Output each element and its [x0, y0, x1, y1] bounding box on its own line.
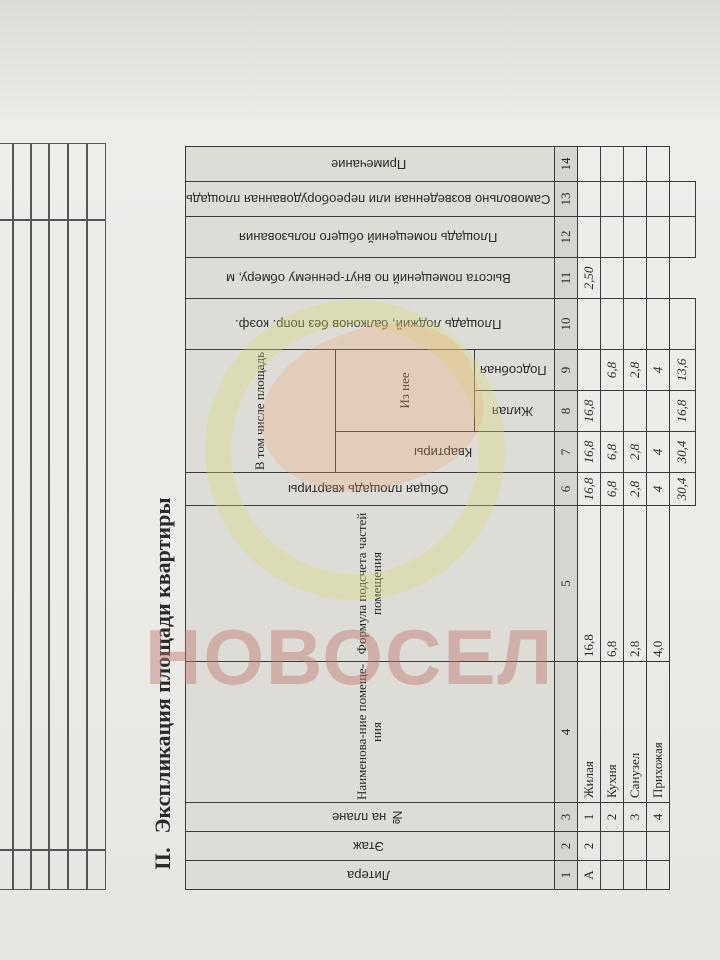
cell-apartment: 16,8 — [578, 432, 601, 473]
explication-document: Литера Этаж № на плане Наименова-ние пом… — [145, 110, 515, 890]
col-floor-header: Этаж — [186, 832, 555, 861]
cell-unauthorized — [624, 182, 647, 217]
col-auxiliary-header: Подсобная — [475, 350, 555, 391]
cell-plan-no: 2 — [601, 803, 624, 832]
document-title: II. Экспликация площади квартиры — [145, 310, 181, 870]
cell-living — [624, 391, 647, 432]
living-area-sum: 16,8 — [670, 391, 696, 432]
col-total-area-header: Общая площадь квартиры — [186, 473, 555, 506]
cell-total: 4 — [647, 473, 670, 506]
col-num: 1 — [555, 861, 578, 890]
col-note-header: Примечание — [186, 147, 555, 182]
cell-litera: А — [578, 861, 601, 890]
col-including-header: В том числе площадь — [186, 350, 336, 473]
cell-floor — [601, 832, 624, 861]
cell-floor: 2 — [578, 832, 601, 861]
cell-plan-no: 4 — [647, 803, 670, 832]
cell-loggia — [578, 299, 601, 350]
title-text: Экспликация площади квартиры — [150, 497, 176, 833]
cell-note — [624, 147, 647, 182]
cell-unauthorized — [647, 182, 670, 217]
col-formula-header: Формула подсчета частей помещения — [186, 506, 555, 662]
cell-formula: 4,0 — [647, 506, 670, 662]
cell-loggia — [601, 299, 624, 350]
cell-floor — [647, 832, 670, 861]
cell-height — [647, 258, 670, 299]
col-num: 14 — [555, 147, 578, 182]
col-num: 13 — [555, 182, 578, 217]
col-apartment-header: Квартиры — [336, 432, 555, 473]
col-loggia-header: Площадь лоджий, балконов без попр. коэф. — [186, 299, 555, 350]
auxiliary-area-sum: 13,6 — [670, 350, 696, 391]
loggia-area-sum — [670, 299, 696, 350]
cell-note — [578, 147, 601, 182]
explication-table: Литера Этаж № на плане Наименова-ние пом… — [185, 146, 696, 890]
cell-litera — [601, 861, 624, 890]
col-num: 6 — [555, 473, 578, 506]
unauthorized-area-sum — [670, 182, 696, 217]
cell-living: 16,8 — [578, 391, 601, 432]
cell-common — [578, 217, 601, 258]
cell-room-name: Санузел — [624, 662, 647, 803]
col-of-which-header: Из нее — [336, 350, 475, 432]
col-num: 4 — [555, 662, 578, 803]
cell-living — [601, 391, 624, 432]
cell-apartment: 6,8 — [601, 432, 624, 473]
cell-apartment: 2,8 — [624, 432, 647, 473]
cell-auxiliary — [578, 350, 601, 391]
cell-auxiliary: 6,8 — [601, 350, 624, 391]
cell-height — [624, 258, 647, 299]
col-living-header: Жилая — [475, 391, 555, 432]
cell-total: 6,8 — [601, 473, 624, 506]
common-area-sum — [670, 217, 696, 258]
col-num: 8 — [555, 391, 578, 432]
cell-apartment: 4 — [647, 432, 670, 473]
cell-room-name: Жилая — [578, 662, 601, 803]
cell-loggia — [647, 299, 670, 350]
cell-plan-no: 3 — [624, 803, 647, 832]
cell-auxiliary: 2,8 — [624, 350, 647, 391]
col-num: 11 — [555, 258, 578, 299]
cell-room-name: Кухня — [601, 662, 624, 803]
cell-total: 16,8 — [578, 473, 601, 506]
col-room-name-header: Наименова-ние помеще-ния — [186, 662, 555, 803]
cell-common — [647, 217, 670, 258]
cell-formula: 6,8 — [601, 506, 624, 662]
column-number-row: 1 2 3 4 5 6 7 8 9 10 11 12 13 14 — [555, 147, 578, 890]
col-num: 10 — [555, 299, 578, 350]
col-unauthorized-header: Самовольно возведенная или переоборудова… — [186, 182, 555, 217]
cell-formula: 2,8 — [624, 506, 647, 662]
col-height-header: Высота помещений по внут-реннему обмеру,… — [186, 258, 555, 299]
col-litera-header: Литера — [186, 861, 555, 890]
col-num: 7 — [555, 432, 578, 473]
col-num: 3 — [555, 803, 578, 832]
adjacent-table-fragment — [0, 143, 106, 890]
cell-note — [601, 147, 624, 182]
cell-unauthorized — [578, 182, 601, 217]
col-num: 2 — [555, 832, 578, 861]
paper-edge — [0, 0, 720, 120]
apartment-area-sum: 30,4 — [670, 432, 696, 473]
cell-height — [601, 258, 624, 299]
col-num: 9 — [555, 350, 578, 391]
cell-litera — [647, 861, 670, 890]
col-common-header: Площадь помещений общего пользования — [186, 217, 555, 258]
cell-floor — [624, 832, 647, 861]
totals-row: 30,4 30,4 16,8 13,6 — [670, 147, 696, 890]
section-number: II. — [150, 847, 176, 870]
cell-auxiliary: 4 — [647, 350, 670, 391]
table-row: А 2 1 Жилая 16,8 16,8 16,8 16,8 2,50 — [578, 147, 601, 890]
cell-common — [624, 217, 647, 258]
table-row: 3 Санузел 2,8 2,8 2,8 2,8 — [624, 147, 647, 890]
cell-litera — [624, 861, 647, 890]
col-plan-no-header: № на плане — [186, 803, 555, 832]
table-row: 4 Прихожая 4,0 4 4 4 — [647, 147, 670, 890]
cell-living — [647, 391, 670, 432]
cell-plan-no: 1 — [578, 803, 601, 832]
table-row: 2 Кухня 6,8 6,8 6,8 6,8 — [601, 147, 624, 890]
col-num: 12 — [555, 217, 578, 258]
cell-total: 2,8 — [624, 473, 647, 506]
cell-room-name: Прихожая — [647, 662, 670, 803]
total-area-sum: 30,4 — [670, 473, 696, 506]
cell-common — [601, 217, 624, 258]
cell-loggia — [624, 299, 647, 350]
cell-unauthorized — [601, 182, 624, 217]
cell-note — [647, 147, 670, 182]
cell-formula: 16,8 — [578, 506, 601, 662]
col-num: 5 — [555, 506, 578, 662]
cell-height: 2,50 — [578, 258, 601, 299]
